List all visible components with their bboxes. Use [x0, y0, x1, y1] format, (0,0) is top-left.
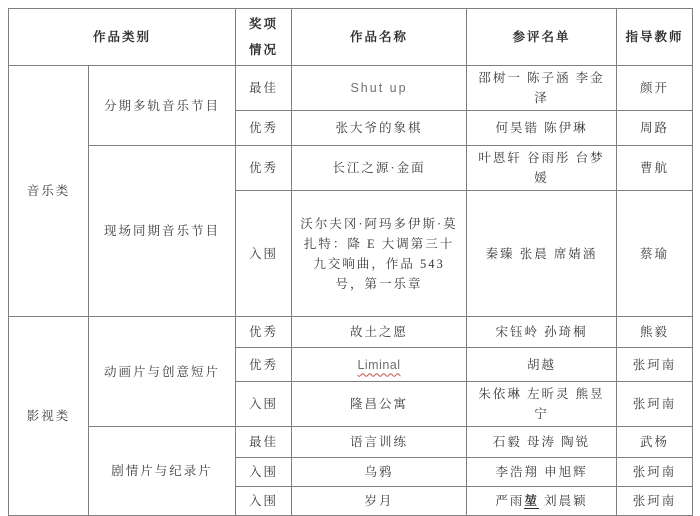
award-cell: 优秀 [236, 146, 292, 191]
header-award-status: 奖项 情况 [236, 9, 292, 66]
participants-cell: 胡越 [467, 348, 617, 382]
subcategory-cell-multitrack: 分期多轨音乐节目 [89, 66, 236, 146]
spellchecked-work-title: Liminal [357, 358, 400, 372]
award-cell: 最佳 [236, 427, 292, 458]
header-award-line2: 情况 [242, 37, 285, 63]
header-work-name: 作品名称 [292, 9, 467, 66]
header-teacher: 指导教师 [617, 9, 693, 66]
participants-cell: 朱依琳 左昕灵 熊昱宁 [467, 382, 617, 427]
work-cell: 沃尔夫冈·阿玛多伊斯·莫扎特：降 E 大调第三十九交响曲，作品 543 号，第一… [292, 191, 467, 317]
work-cell: 故土之愿 [292, 317, 467, 348]
table-row: 剧情片与纪录片 最佳 语言训练 石毅 母涛 陶锐 武杨 [9, 427, 693, 458]
teacher-cell: 张珂南 [617, 382, 693, 427]
header-award-line1: 奖项 [242, 11, 285, 37]
work-cell: 语言训练 [292, 427, 467, 458]
participants-cell: 邵树一 陈子涵 李金泽 [467, 66, 617, 111]
participants-cell: 李浩翔 申旭辉 [467, 458, 617, 485]
subcategory-cell-drama-documentary: 剧情片与纪录片 [89, 427, 236, 485]
table-row: 音乐类 分期多轨音乐节目 最佳 Shut up 邵树一 陈子涵 李金泽 颜开 [9, 66, 693, 111]
header-participants: 参评名单 [467, 9, 617, 66]
teacher-cell: 张珂南 [617, 348, 693, 382]
award-cell: 入围 [236, 382, 292, 427]
teacher-cell: 熊毅 [617, 317, 693, 348]
header-row: 作品类别 奖项 情况 作品名称 参评名单 指导教师 [9, 9, 693, 66]
work-cell: 张大爷的象棋 [292, 111, 467, 146]
award-cell: 入围 [236, 191, 292, 317]
award-cell: 优秀 [236, 317, 292, 348]
header-category: 作品类别 [9, 9, 236, 66]
teacher-cell: 周路 [617, 111, 693, 146]
table-row: 影视类 动画片与创意短片 优秀 故土之愿 宋钰岭 孙琦桐 熊毅 [9, 317, 693, 348]
teacher-cell: 武杨 [617, 427, 693, 458]
category-cell-film: 影视类 [9, 317, 89, 485]
participants-cell: 宋钰岭 孙琦桐 [467, 317, 617, 348]
teacher-cell: 张珂南 [617, 458, 693, 485]
participants-cell: 叶恩轩 谷雨彤 台梦媛 [467, 146, 617, 191]
award-cell: 优秀 [236, 348, 292, 382]
participants-cell: 秦臻 张晨 席婧涵 [467, 191, 617, 317]
awards-table: 作品类别 奖项 情况 作品名称 参评名单 指导教师 音乐类 分期多轨音乐节目 最… [8, 8, 693, 484]
participants-cell: 何昊锴 陈伊琳 [467, 111, 617, 146]
award-cell: 优秀 [236, 111, 292, 146]
subcategory-cell-live: 现场同期音乐节目 [89, 146, 236, 317]
teacher-cell: 蔡瑜 [617, 191, 693, 317]
table-row: 现场同期音乐节目 优秀 长江之源·金面 叶恩轩 谷雨彤 台梦媛 曹航 [9, 146, 693, 191]
work-cell: 隆昌公寓 [292, 382, 467, 427]
participants-cell: 石毅 母涛 陶锐 [467, 427, 617, 458]
teacher-cell: 曹航 [617, 146, 693, 191]
subcategory-cell-animation: 动画片与创意短片 [89, 317, 236, 427]
award-cell: 入围 [236, 458, 292, 485]
category-cell-music: 音乐类 [9, 66, 89, 317]
work-cell: Liminal [292, 348, 467, 382]
work-cell: 乌鸦 [292, 458, 467, 485]
award-cell: 最佳 [236, 66, 292, 111]
work-cell: Shut up [292, 66, 467, 111]
teacher-cell: 颜开 [617, 66, 693, 111]
work-cell: 长江之源·金面 [292, 146, 467, 191]
